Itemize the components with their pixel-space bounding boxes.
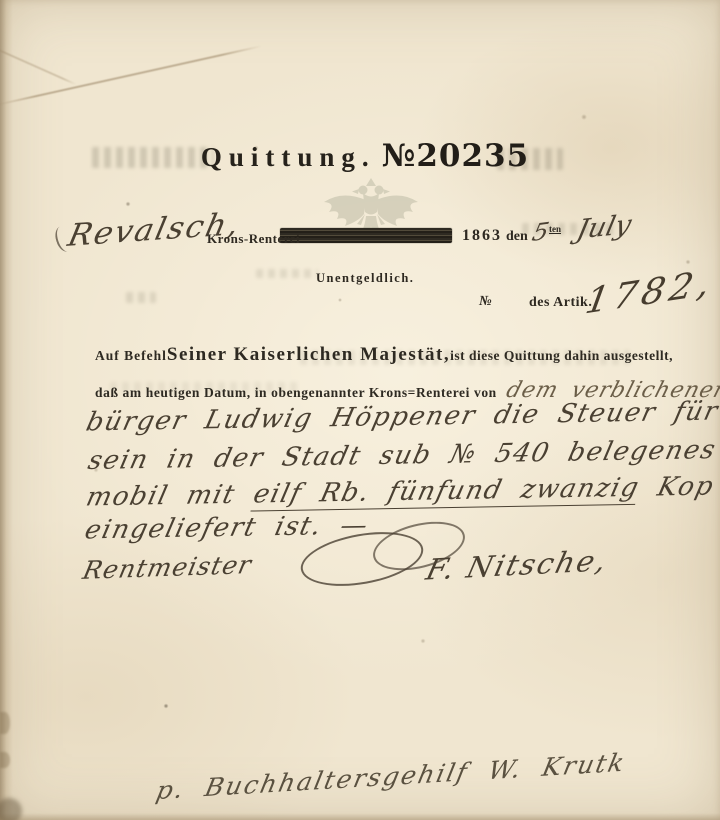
edge-notch bbox=[0, 752, 10, 768]
signer-role-handwritten: Rentmeister bbox=[80, 550, 254, 585]
handwritten-line-4: eingeliefert ist. — bbox=[82, 511, 372, 546]
bleed-through-mark bbox=[256, 269, 318, 278]
body-line2-printed: daß am heutigen Datum, in obengenannter … bbox=[95, 385, 497, 401]
bottom-edge-shading bbox=[0, 813, 720, 820]
corner-stain bbox=[0, 798, 22, 820]
bleed-through-mark bbox=[126, 292, 156, 303]
amount-suffix: Kop bbox=[636, 472, 718, 503]
handwritten-line-3: mobil mit eilf Rb. fünfund zwanzig Kop bbox=[83, 472, 717, 513]
body-line1-prefix: Auf Befehl bbox=[95, 348, 167, 364]
number-sign-printed: № bbox=[479, 294, 492, 310]
title-receipt-number: №20235 bbox=[382, 138, 530, 174]
office-name-printed: Krons-Renterei bbox=[207, 231, 300, 247]
month-handwritten: July bbox=[574, 209, 634, 245]
printed-body-line-1: Auf Befehl Seiner Kaiserlichen Majestät,… bbox=[95, 344, 651, 366]
body-line1-ornate: Seiner Kaiserlichen Majestät, bbox=[167, 344, 450, 366]
den-label-printed: den bbox=[506, 229, 528, 245]
free-of-charge-note: Unentgeldlich. bbox=[316, 271, 414, 286]
amount-underlined: eilf Rb. fünfund zwanzig bbox=[250, 473, 643, 512]
article-label-printed: des Artik. bbox=[529, 295, 592, 311]
body-line1-suffix: ist diese Quittung dahin ausgestellt, bbox=[450, 348, 673, 364]
redaction-bar bbox=[280, 228, 452, 243]
amount-prefix: mobil mit bbox=[83, 480, 257, 513]
document-title: Quittung. №20235 bbox=[185, 138, 545, 174]
handwritten-line-2: sein in der Stadt sub № 540 belegenes Im… bbox=[85, 434, 720, 476]
title-word: Quittung. bbox=[201, 142, 376, 173]
fold-crease bbox=[0, 45, 262, 105]
article-number-handwritten: 1782, bbox=[582, 263, 717, 323]
year-printed: 1863 bbox=[462, 227, 502, 245]
scanned-receipt-document: Quittung. №20235 Revalsch, Krons-Rentere… bbox=[0, 0, 720, 820]
edge-notch bbox=[0, 712, 10, 734]
torn-left-edge bbox=[0, 0, 13, 820]
day-suffix-printed: ten bbox=[549, 224, 561, 234]
clerk-countersignature: p. Buchhaltersgehilf W. Krutk bbox=[154, 748, 629, 805]
